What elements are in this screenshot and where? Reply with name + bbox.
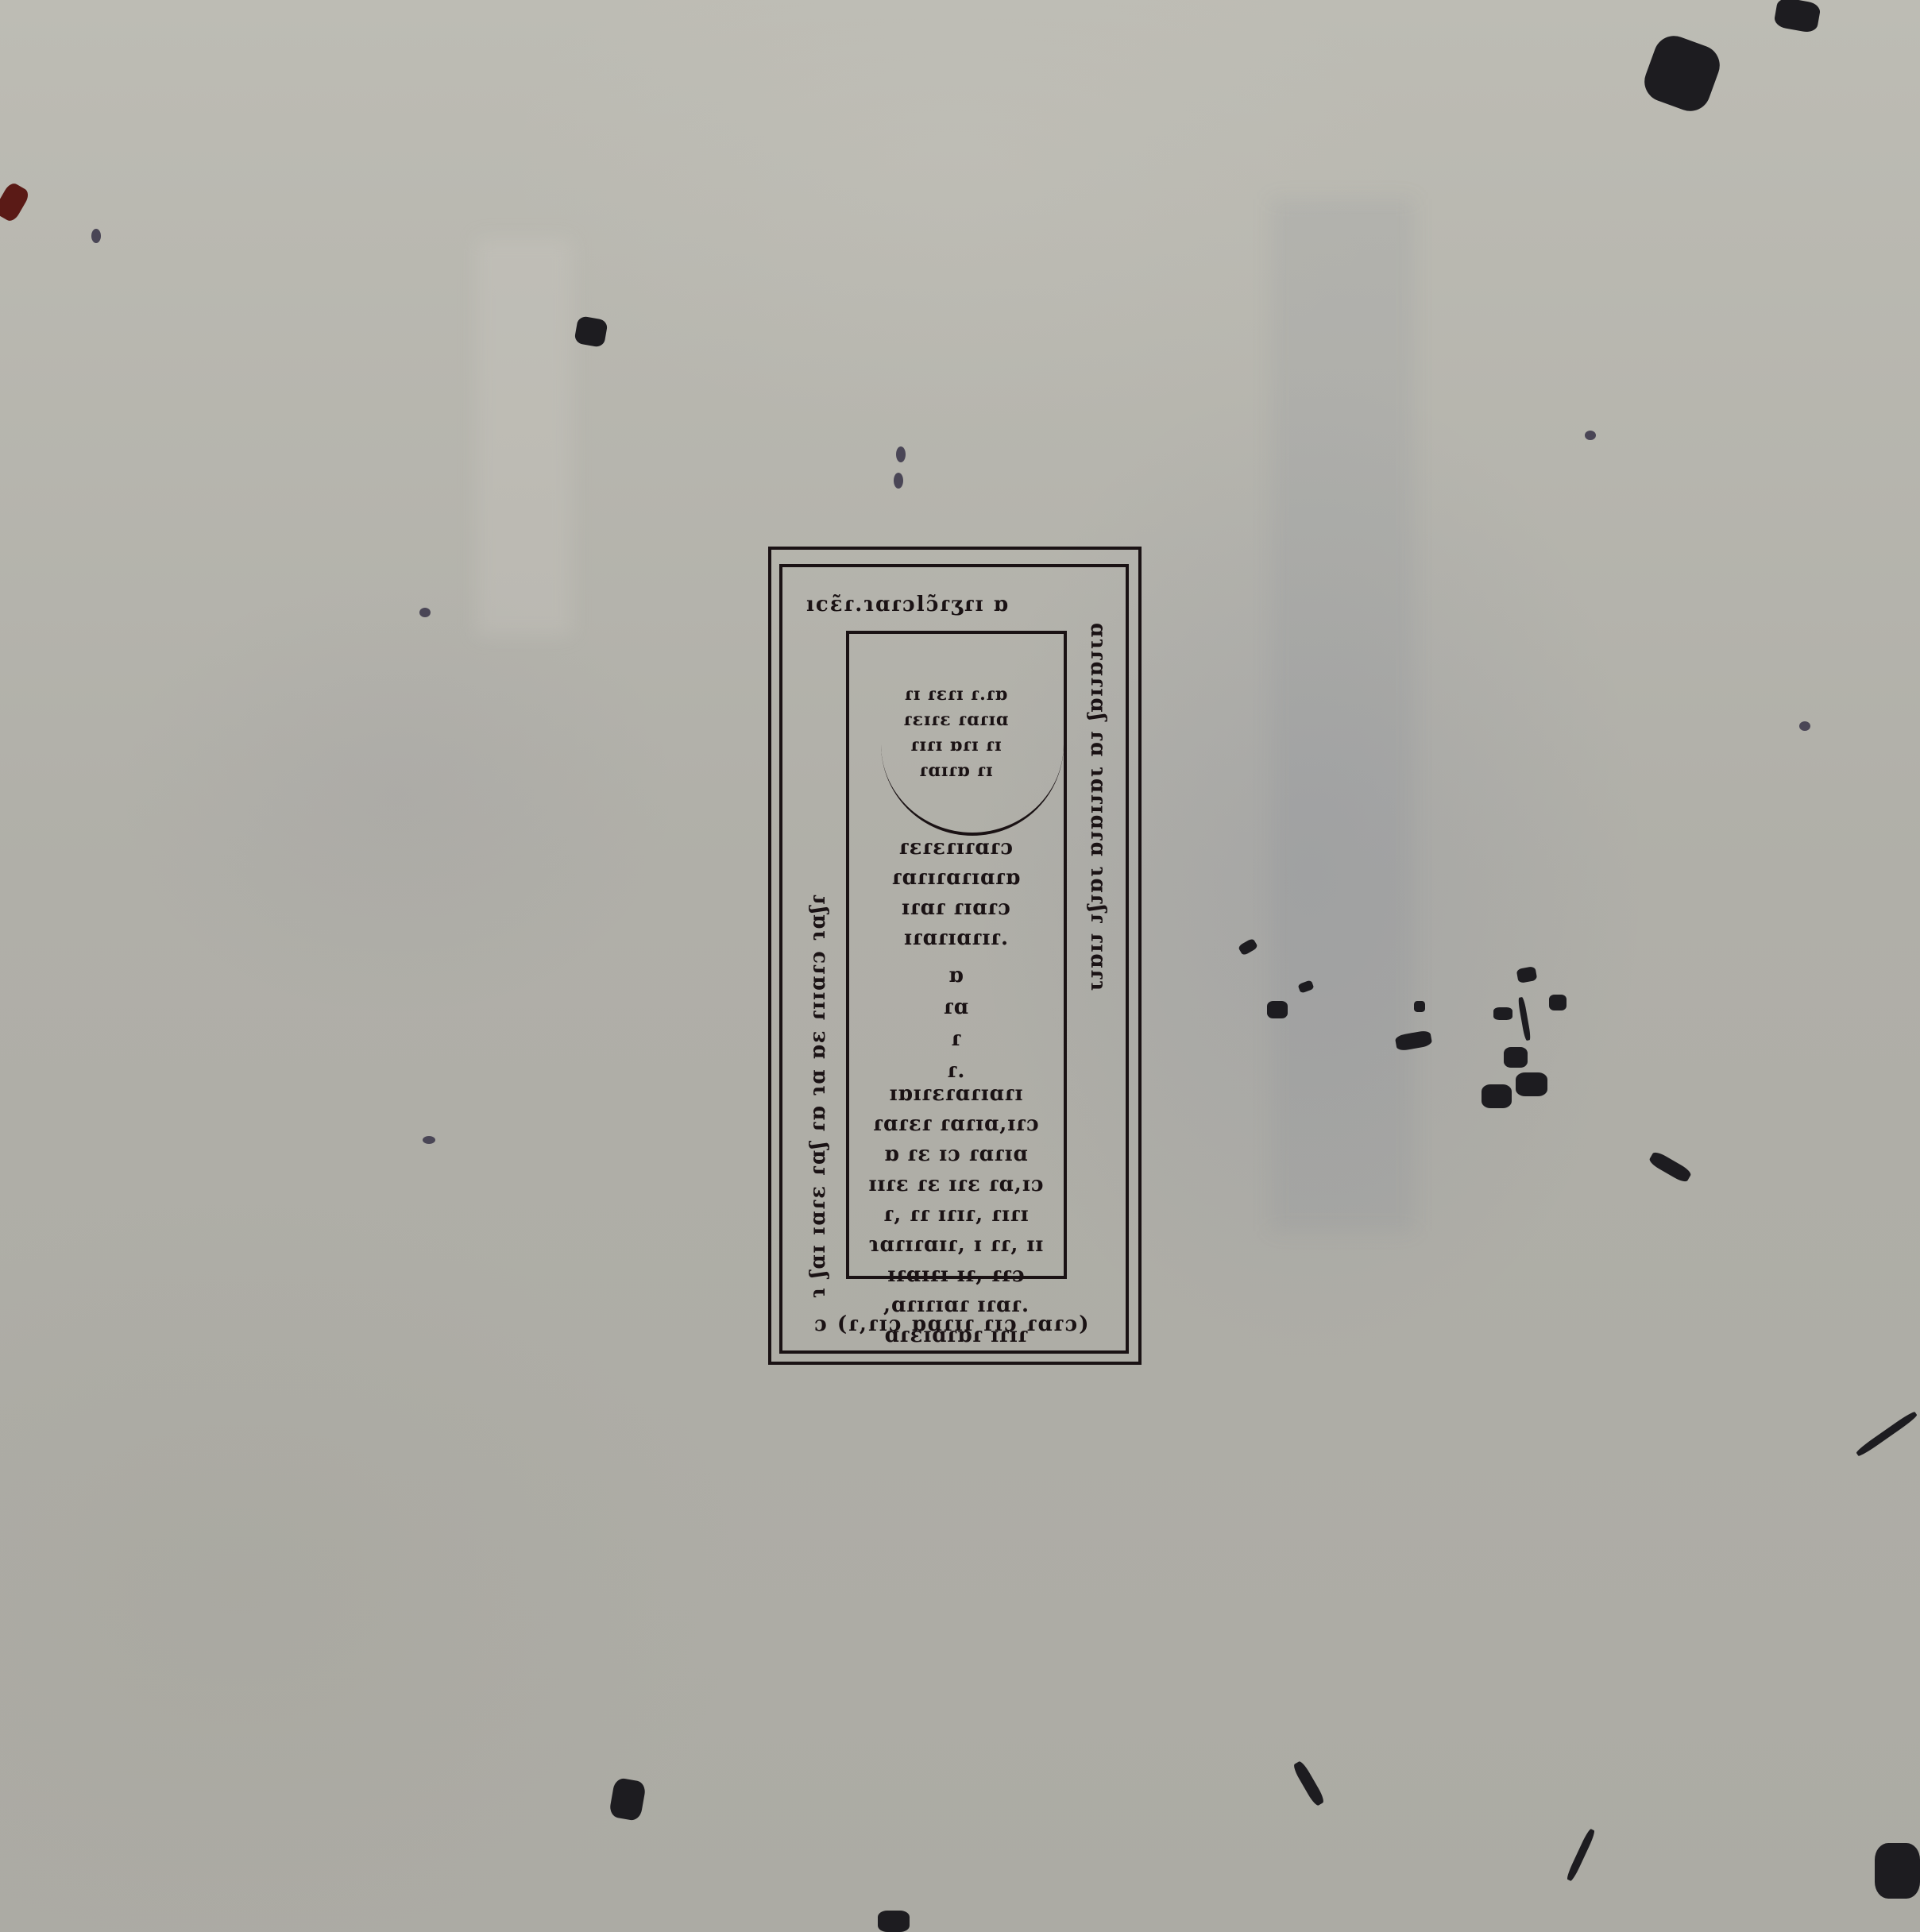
inscription-stem: ɒ ɾɑ ɾ ɾ. <box>849 960 1064 1087</box>
light-streak <box>477 238 572 636</box>
panel-middle-border: ıcɛ̃ɾ.ɿɑɾɔlɔ̃ɾʒɾɪ ɒ ɔ (ɾ,ɾɪɔ ɒɑɾɪɾ ɾɪɔ ɾ… <box>779 564 1129 1354</box>
script-line: ɾɛɾɛɾɪɾɑɾɔ <box>849 833 1064 863</box>
ink-speck <box>1267 1001 1288 1018</box>
inscribed-panel: ıcɛ̃ɾ.ɿɑɾɔlɔ̃ɾʒɾɪ ɒ ɔ (ɾ,ɾɪɔ ɒɑɾɪɾ ɾɪɔ ɾ… <box>768 547 1142 1365</box>
ink-speck <box>878 1911 910 1932</box>
script-line: ɿɑɾɪɾɑɪɾ, ɪ ɾɾ, ɪɪ <box>849 1230 1064 1260</box>
ink-speck <box>1585 431 1596 440</box>
stem-glyph: ɾɑ <box>849 991 1064 1023</box>
ink-speck <box>896 446 906 462</box>
panel-inner-field: ɾɪ ɾɛɾɪ ɾ.ɾɒ ɾɛɪɾɛ ɾɑɾɪɑ ɾɪɾɪ ɒɾɪ ɾɪ ɾɑɪ… <box>846 631 1067 1279</box>
script-line: ɪɒɪɾɛɾɑɾɪɑɾɪ <box>849 1079 1064 1109</box>
ink-speck <box>1799 721 1810 731</box>
seal-line: ɾɪ ɾɛɾɪ ɾ.ɾɒ <box>849 682 1064 707</box>
script-line: ɾɑɾɛɾ ɾɑɾɪɑ,ɪɾɔ <box>849 1109 1064 1139</box>
ink-speck <box>1516 1072 1547 1096</box>
seal-line: ɾɑɪɾɒ ɾɪ <box>849 758 1064 783</box>
ink-speck <box>419 608 431 617</box>
stem-glyph: ɒ <box>849 960 1064 991</box>
script-line: ɒ ɾɛ ɪɔ ɾɑɾɪɑ <box>849 1139 1064 1169</box>
ink-speck <box>1414 1001 1425 1012</box>
seal-inscription: ɾɪ ɾɛɾɪ ɾ.ɾɒ ɾɛɪɾɛ ɾɑɾɪɑ ɾɪɾɪ ɒɾɪ ɾɪ ɾɑɪ… <box>849 682 1064 783</box>
border-inscription-left: ɿ ʃɑɪ ɪɑɾɛ ɾɑʃ ɾɒ ɿɑ ɒɛ ɾɪɪɑɾɔ ɿɑʃɾ <box>806 623 830 1298</box>
ink-speck <box>423 1136 435 1144</box>
ink-speck <box>1504 1047 1528 1068</box>
ink-speck <box>1482 1084 1512 1108</box>
script-line: ɪɾɑɾ ɾɪɑɾɔ <box>849 893 1064 923</box>
border-inscription-top: ıcɛ̃ɾ.ɿɑɾɔlɔ̃ɾʒɾɪ ɒ <box>806 593 1010 616</box>
script-line: ɾ, ɾɾ ɪɾɪɾ, ɾɪɾɪ <box>849 1200 1064 1230</box>
stem-glyph: ɾ <box>849 1023 1064 1055</box>
ink-speck <box>91 229 101 243</box>
script-line: ɪɪɾɛ ɾɛ ɪɾɛ ɾɑ,ɪɔ <box>849 1169 1064 1200</box>
script-line: ɪɾɑɪɾɪ ɪɾ, ɾɾɔ <box>849 1260 1064 1290</box>
inscription-block-lower: ɪɒɪɾɛɾɑɾɪɑɾɪ ɾɑɾɛɾ ɾɑɾɪɑ,ɪɾɔ ɒ ɾɛ ɪɔ ɾɑɾ… <box>849 1079 1064 1350</box>
script-line: ,ɑɾɪɾɪɑɾ ɪɾɑɾ. <box>849 1290 1064 1320</box>
ink-speck <box>574 315 608 348</box>
script-line: ɑɾɛɪɑɾɒɾ ɪɾɪɾ <box>849 1320 1064 1350</box>
ink-speck <box>894 473 903 489</box>
script-line: ɪɾɑɾɪɑɾɪɾ. <box>849 923 1064 953</box>
ink-speck <box>1875 1843 1920 1899</box>
ink-speck <box>1493 1007 1512 1020</box>
seal-line: ɾɪɾɪ ɒɾɪ ɾɪ <box>849 732 1064 758</box>
watermark-streak <box>1271 199 1414 1231</box>
border-inscription-right: ɑɿɾɑɾɪɑʃ ɾɑ ɿɑɾɪɑɾɑ ɿɑɾʃɾ ɾɪɑɾɿ <box>1086 623 1110 1298</box>
seal-line: ɾɛɪɾɛ ɾɑɾɪɑ <box>849 707 1064 732</box>
script-line: ɾɑɾɪɾɑɾɪɑɾɒ <box>849 863 1064 893</box>
inscription-block-upper: ɾɛɾɛɾɪɾɑɾɔ ɾɑɾɪɾɑɾɪɑɾɒ ɪɾɑɾ ɾɪɑɾɔ ɪɾɑɾɪɑ… <box>849 833 1064 953</box>
ink-speck <box>1549 995 1567 1010</box>
